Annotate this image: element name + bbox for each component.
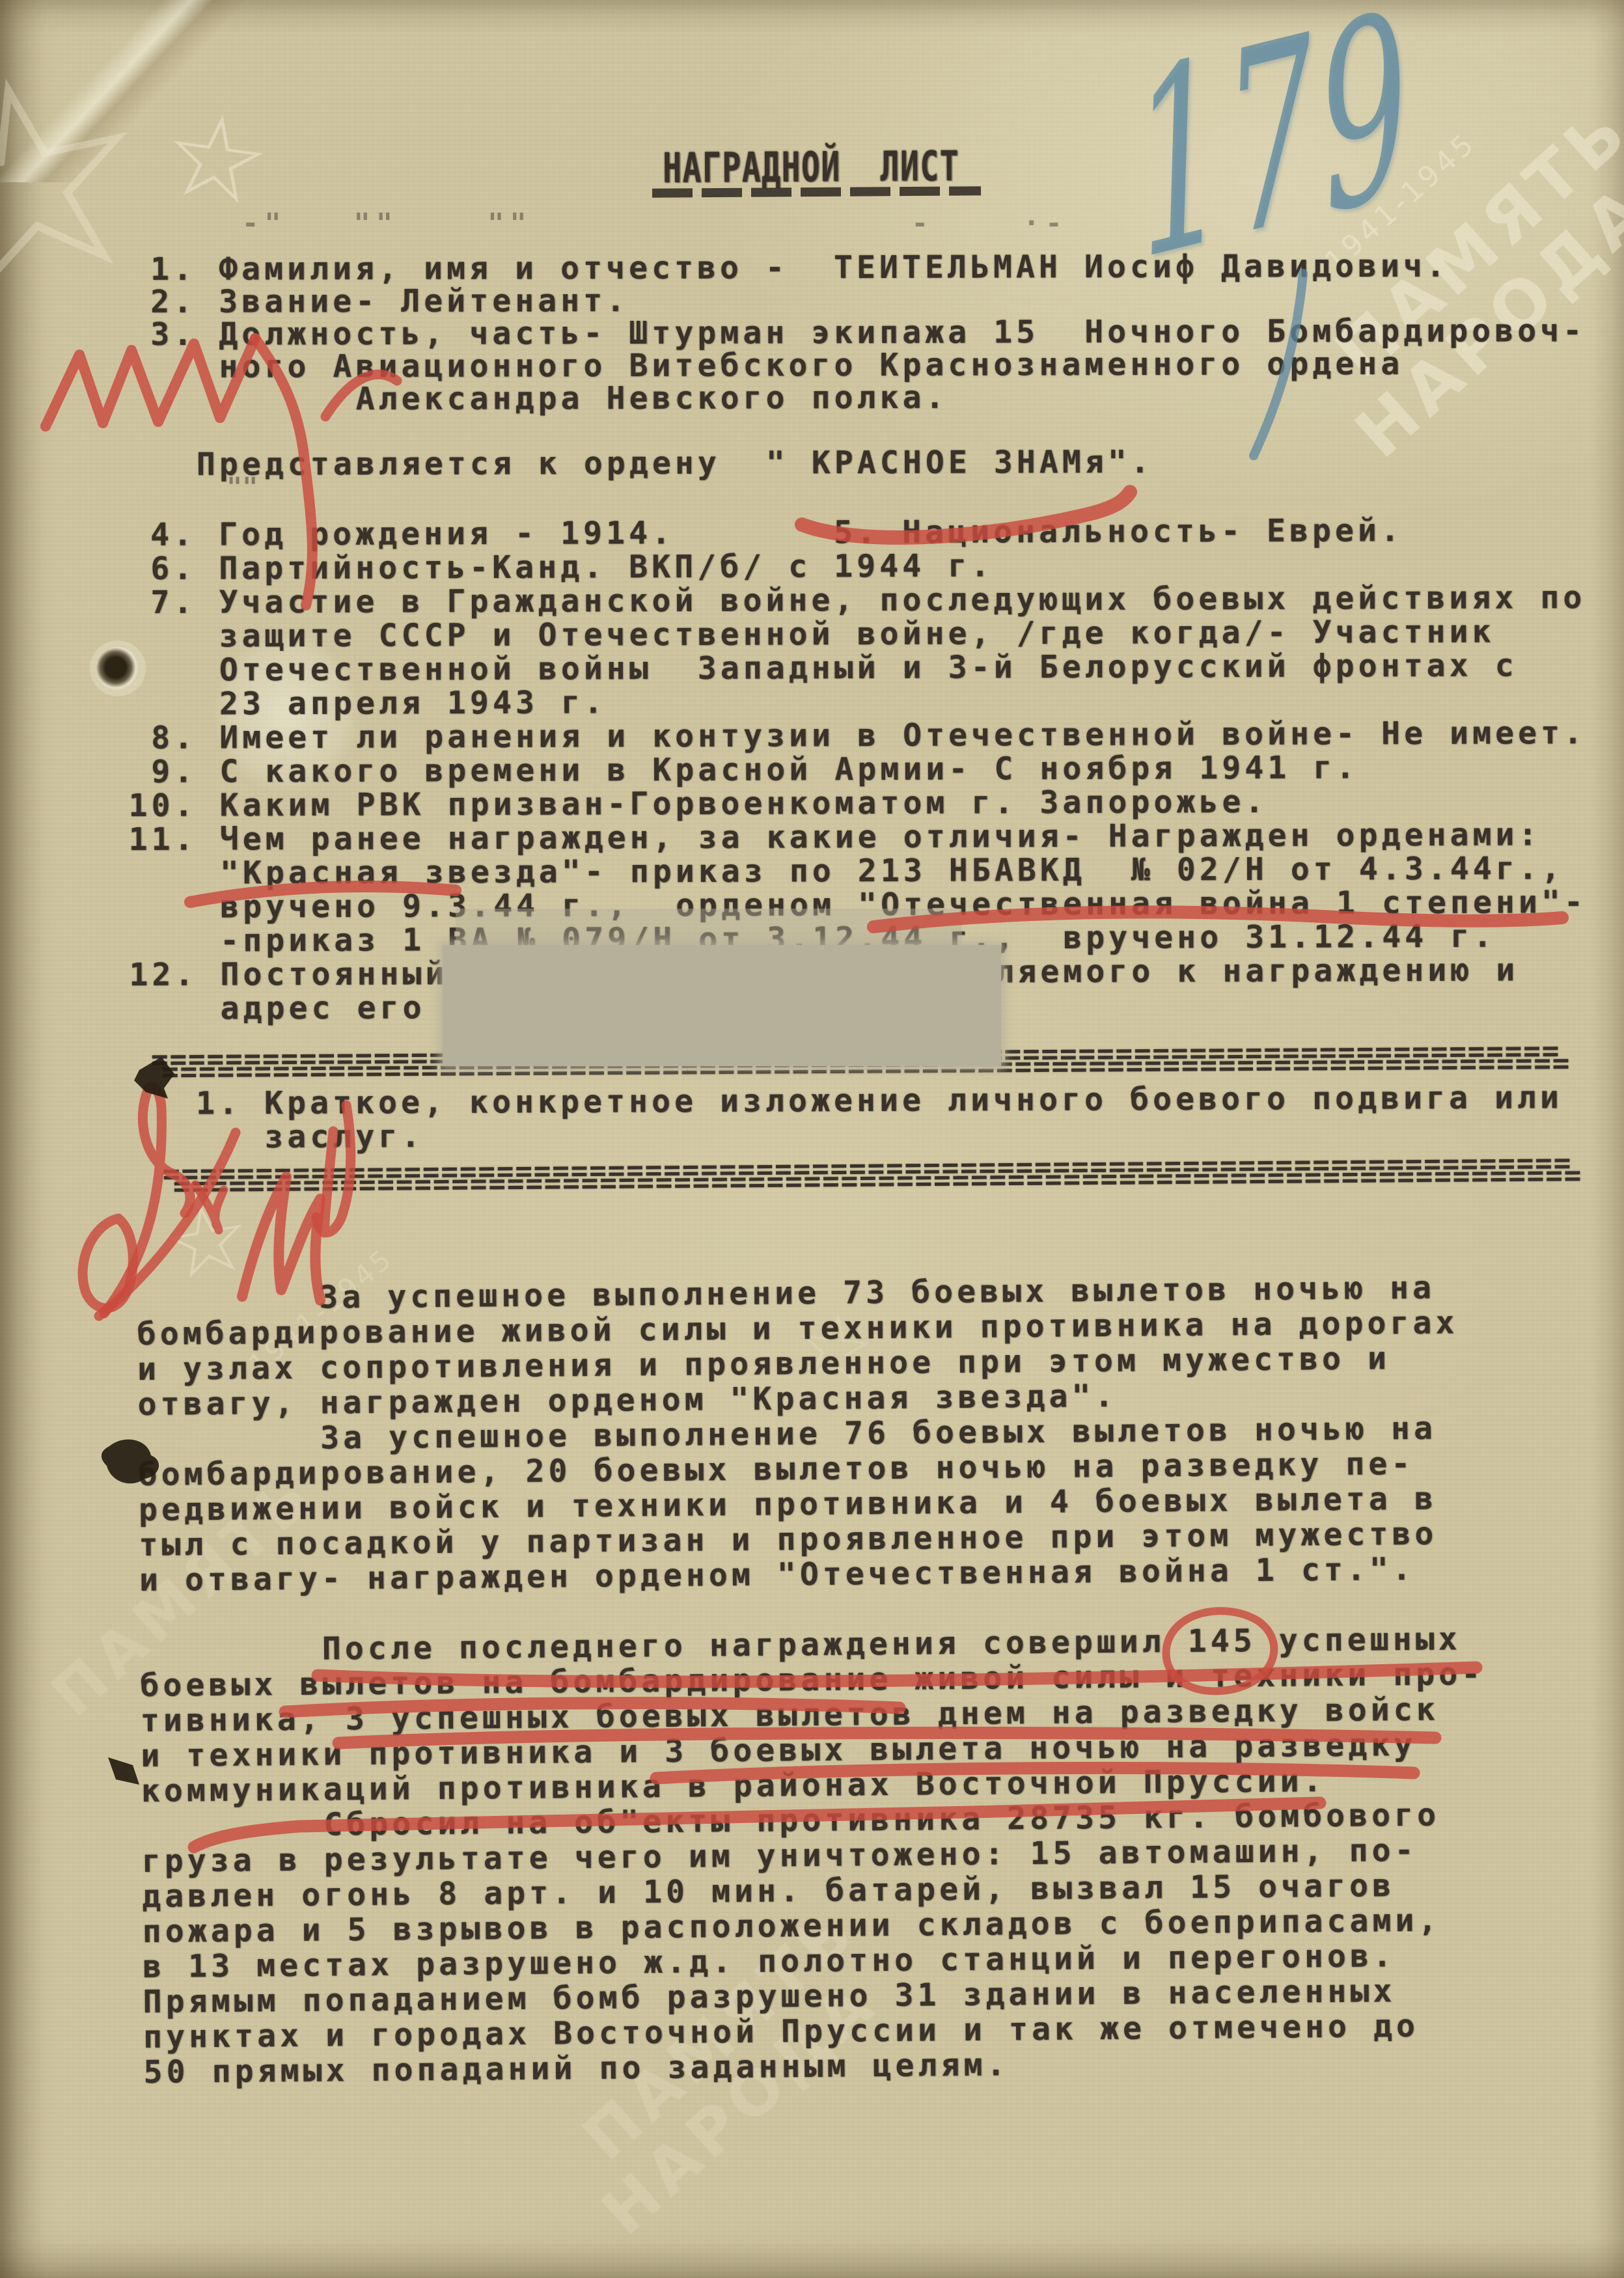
typed-line: Александра Невского полка.	[128, 380, 1586, 417]
typed-line: 1. Краткое, конкретное изложение личного…	[128, 1082, 1563, 1122]
typed-line: 8. Имеет ли ранения и контузии в Отечест…	[128, 717, 1586, 756]
typed-line: ного Авиационного Витебского Краснознаме…	[128, 348, 1586, 384]
redacted-address-block	[443, 945, 1001, 1066]
punch-hole	[96, 647, 139, 690]
typed-line: Отечественной войны Западный и 3-й Белор…	[128, 650, 1586, 689]
typed-line: 50 прямых попаданий по заданным целям.	[143, 2045, 1487, 2092]
typed-line: 4. Год рождения - 1914. 5. Национальност…	[128, 514, 1586, 553]
redacted-address-fade	[456, 909, 962, 948]
corner-crease	[0, 0, 312, 182]
typed-line	[128, 413, 1586, 449]
red-scrawl-mark	[83, 1218, 133, 1308]
faded-typewriter-marks: -" "" "" - ·-	[242, 207, 1068, 239]
document-title: НАГРАДНОЙ ЛИСТ	[663, 143, 959, 193]
citation-body-text: За успешное выполнение 73 боевых вылетов…	[137, 1272, 1488, 2092]
scanned-award-sheet-page: ☆ ☆ 1941-1945 ПАМЯТЬ НАРОДА ☆ 1941-1945 …	[0, 0, 1624, 2278]
section-heading: 1. Краткое, конкретное изложение личного…	[128, 1082, 1563, 1156]
typed-line: 9. С какого времени в Красной Армии- С н…	[128, 751, 1586, 790]
ink-blot	[108, 1757, 139, 1785]
form-items-1-3: 1. Фамилия, имя и отчество - ТЕИТЕЛЬМАН …	[128, 250, 1586, 482]
title-underline	[652, 186, 981, 198]
typed-line: Представляется к ордену " КРАСНОЕ ЗНАМя"…	[128, 445, 1586, 482]
